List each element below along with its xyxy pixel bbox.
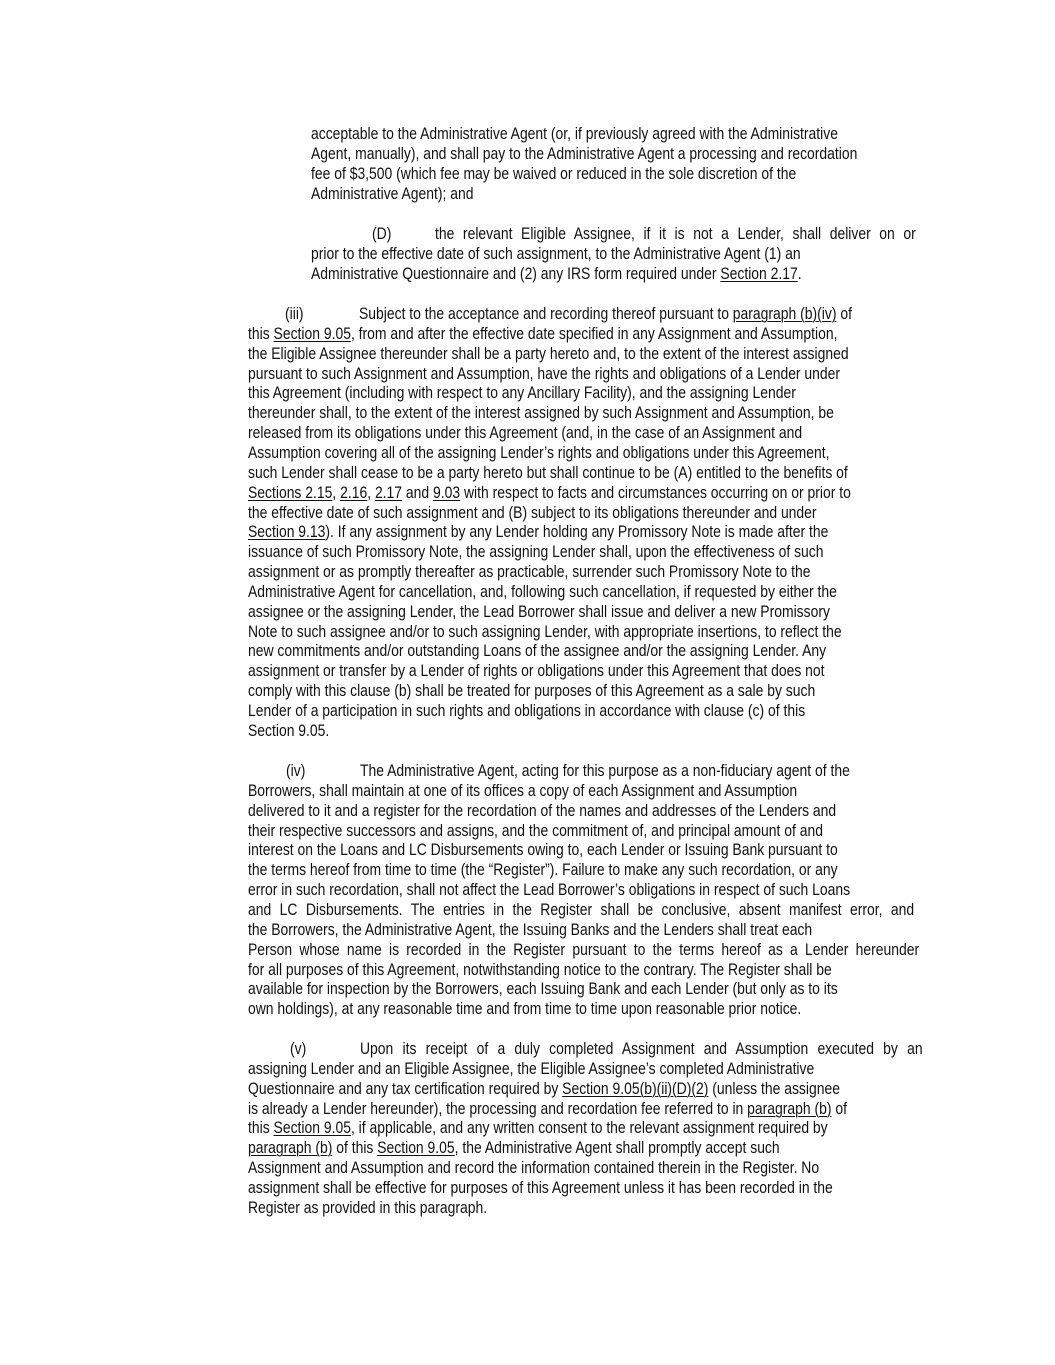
text-run: their respective successors and assigns,… xyxy=(248,822,823,840)
text-line: paragraph (b) of this Section 9.05, the … xyxy=(248,1138,780,1158)
text-run: pursuant to such Assignment and Assumpti… xyxy=(248,365,840,383)
text-run: assigning Lender and an Eligible Assigne… xyxy=(248,1060,814,1078)
text-run: issuance of such Promissory Note, the as… xyxy=(248,543,823,561)
text-run: the Borrowers, the Administrative Agent,… xyxy=(248,921,812,939)
text-line: Person whose name is recorded in the Reg… xyxy=(248,940,919,960)
text-line: new commitments and/or outstanding Loans… xyxy=(248,641,826,661)
text-line: thereunder shall, to the extent of the i… xyxy=(248,403,834,423)
text-run: of xyxy=(836,305,851,323)
text-run: released from its obligations under this… xyxy=(248,424,802,442)
text-run: Administrative Agent); and xyxy=(311,185,474,203)
text-line: is already a Lender hereunder), the proc… xyxy=(248,1099,847,1119)
cross-reference-link: Section 9.05 xyxy=(274,1119,351,1137)
text-run: , from and after the effective date spec… xyxy=(351,325,838,343)
text-line: acceptable to the Administrative Agent (… xyxy=(311,124,838,144)
text-line: Administrative Agent); and xyxy=(311,184,474,204)
text-line: Administrative Questionnaire and (2) any… xyxy=(311,264,802,284)
text-line: assignee or the assigning Lender, the Le… xyxy=(248,602,830,622)
text-run: the Eligible Assignee thereunder shall b… xyxy=(248,345,849,363)
text-run: of this xyxy=(332,1139,377,1157)
text-line: Administrative Agent for cancellation, a… xyxy=(248,582,837,602)
text-run: , if applicable, and any written consent… xyxy=(351,1119,828,1137)
text-run: Note to such assignee and/or to such ass… xyxy=(248,623,842,641)
text-run: , xyxy=(332,484,340,502)
text-line: available for inspection by the Borrower… xyxy=(248,979,838,999)
cross-reference-link: paragraph (b)(iv) xyxy=(733,305,837,323)
text-run: , xyxy=(367,484,375,502)
text-run: the terms hereof from time to time (the … xyxy=(248,861,838,879)
text-run: own holdings), at any reasonable time an… xyxy=(248,1000,801,1018)
text-run: such Lender shall cease to be a party he… xyxy=(248,464,848,482)
text-line: fee of $3,500 (which fee may be waived o… xyxy=(311,164,796,184)
text-run: available for inspection by the Borrower… xyxy=(248,980,838,998)
text-line: released from its obligations under this… xyxy=(248,423,802,443)
text-run: Assignment and Assumption and record the… xyxy=(248,1159,819,1177)
cross-reference-link: Section 9.05 xyxy=(377,1139,454,1157)
text-run: Administrative Questionnaire and (2) any… xyxy=(311,265,720,283)
clause-label: (iv) xyxy=(286,761,305,781)
cross-reference-link: Section 9.05 xyxy=(274,325,351,343)
cross-reference-link: paragraph (b) xyxy=(747,1100,831,1118)
text-run: The Administrative Agent, acting for thi… xyxy=(360,762,850,780)
text-line: for all purposes of this Agreement, notw… xyxy=(248,960,832,980)
text-run: this Agreement (including with respect t… xyxy=(248,384,796,402)
text-line: interest on the Loans and LC Disbursemen… xyxy=(248,840,838,860)
text-line: prior to the effective date of such assi… xyxy=(311,244,801,264)
text-line: this Section 9.05, from and after the ef… xyxy=(248,324,837,344)
text-line: the relevant Eligible Assignee, if it is… xyxy=(435,224,916,244)
text-line: comply with this clause (b) shall be tre… xyxy=(248,681,815,701)
text-line: Upon its receipt of a duly completed Ass… xyxy=(360,1039,923,1059)
text-run: this xyxy=(248,325,274,343)
text-run: Administrative Agent for cancellation, a… xyxy=(248,583,837,601)
text-run: assignment or transfer by a Lender of ri… xyxy=(248,662,825,680)
cross-reference-link: 2.16 xyxy=(340,484,367,502)
text-line: Subject to the acceptance and recording … xyxy=(359,304,852,324)
text-run: prior to the effective date of such assi… xyxy=(311,245,801,263)
text-line: Note to such assignee and/or to such ass… xyxy=(248,622,842,642)
text-run: and LC Disbursements. The entries in the… xyxy=(248,901,914,919)
text-run: error in such recordation, shall not aff… xyxy=(248,881,850,899)
text-line: Borrowers, shall maintain at one of its … xyxy=(248,781,797,801)
cross-reference-link: Section 9.05(b)(ii)(D)(2) xyxy=(562,1080,708,1098)
text-line: Register as provided in this paragraph. xyxy=(248,1198,487,1218)
text-run: new commitments and/or outstanding Loans… xyxy=(248,642,826,660)
text-line: pursuant to such Assignment and Assumpti… xyxy=(248,364,840,384)
cross-reference-link: 2.17 xyxy=(375,484,402,502)
text-run: Lender of a participation in such rights… xyxy=(248,702,805,720)
text-run: Register as provided in this paragraph. xyxy=(248,1199,487,1217)
text-run: assignment shall be effective for purpos… xyxy=(248,1179,833,1197)
text-run: Questionnaire and any tax certification … xyxy=(248,1080,562,1098)
text-line: assignment or as promptly thereafter as … xyxy=(248,562,811,582)
text-line: Agent, manually), and shall pay to the A… xyxy=(311,144,857,164)
text-run: thereunder shall, to the extent of the i… xyxy=(248,404,834,422)
text-run: with respect to facts and circumstances … xyxy=(460,484,851,502)
text-line: Lender of a participation in such rights… xyxy=(248,701,805,721)
text-line: Section 9.05. xyxy=(248,721,329,741)
text-run: (unless the assignee xyxy=(708,1080,840,1098)
text-line: their respective successors and assigns,… xyxy=(248,821,823,841)
clause-label: (iii) xyxy=(285,304,304,324)
text-line: such Lender shall cease to be a party he… xyxy=(248,463,848,483)
text-line: the Eligible Assignee thereunder shall b… xyxy=(248,344,849,364)
text-run: interest on the Loans and LC Disbursemen… xyxy=(248,841,838,859)
cross-reference-link: Sections 2.15 xyxy=(248,484,332,502)
text-run: , the Administrative Agent shall promptl… xyxy=(455,1139,780,1157)
text-line: the Borrowers, the Administrative Agent,… xyxy=(248,920,812,940)
cross-reference-link: Section 9.13 xyxy=(248,523,325,541)
text-line: error in such recordation, shall not aff… xyxy=(248,880,850,900)
text-run: Subject to the acceptance and recording … xyxy=(359,305,733,323)
cross-reference-link: paragraph (b) xyxy=(248,1139,332,1157)
text-line: the terms hereof from time to time (the … xyxy=(248,860,838,880)
text-run: and xyxy=(402,484,433,502)
text-run: of xyxy=(832,1100,847,1118)
text-line: Assignment and Assumption and record the… xyxy=(248,1158,819,1178)
text-run: fee of $3,500 (which fee may be waived o… xyxy=(311,165,796,183)
cross-reference-link: 9.03 xyxy=(433,484,460,502)
text-line: own holdings), at any reasonable time an… xyxy=(248,999,801,1019)
text-run: acceptable to the Administrative Agent (… xyxy=(311,125,838,143)
text-line: assignment or transfer by a Lender of ri… xyxy=(248,661,825,681)
text-run: Upon its receipt of a duly completed Ass… xyxy=(360,1040,923,1058)
text-run: . xyxy=(798,265,802,283)
text-run: Assumption covering all of the assigning… xyxy=(248,444,829,462)
text-run: for all purposes of this Agreement, notw… xyxy=(248,961,832,979)
document-page: acceptable to the Administrative Agent (… xyxy=(0,0,1055,1365)
text-line: Sections 2.15, 2.16, 2.17 and 9.03 with … xyxy=(248,483,851,503)
text-line: Section 9.13). If any assignment by any … xyxy=(248,522,828,542)
text-run: assignment or as promptly thereafter as … xyxy=(248,563,811,581)
text-run: ). If any assignment by any Lender holdi… xyxy=(325,523,828,541)
text-line: the effective date of such assignment an… xyxy=(248,503,817,523)
text-run: the relevant Eligible Assignee, if it is… xyxy=(435,225,916,243)
text-line: Assumption covering all of the assigning… xyxy=(248,443,829,463)
text-line: delivered to it and a register for the r… xyxy=(248,801,836,821)
text-line: issuance of such Promissory Note, the as… xyxy=(248,542,823,562)
text-line: assigning Lender and an Eligible Assigne… xyxy=(248,1059,814,1079)
text-run: this xyxy=(248,1119,274,1137)
text-run: Agent, manually), and shall pay to the A… xyxy=(311,145,857,163)
text-line: this Section 9.05, if applicable, and an… xyxy=(248,1118,828,1138)
text-line: assignment shall be effective for purpos… xyxy=(248,1178,833,1198)
clause-label: (D) xyxy=(372,224,391,244)
text-run: Borrowers, shall maintain at one of its … xyxy=(248,782,797,800)
text-line: Questionnaire and any tax certification … xyxy=(248,1079,840,1099)
text-run: assignee or the assigning Lender, the Le… xyxy=(248,603,830,621)
text-run: Person whose name is recorded in the Reg… xyxy=(248,941,919,959)
text-run: Section 9.05. xyxy=(248,722,329,740)
text-run: delivered to it and a register for the r… xyxy=(248,802,836,820)
text-line: The Administrative Agent, acting for thi… xyxy=(360,761,850,781)
text-run: the effective date of such assignment an… xyxy=(248,504,817,522)
text-run: comply with this clause (b) shall be tre… xyxy=(248,682,815,700)
text-run: is already a Lender hereunder), the proc… xyxy=(248,1100,747,1118)
clause-label: (v) xyxy=(290,1039,306,1059)
text-line: this Agreement (including with respect t… xyxy=(248,383,796,403)
cross-reference-link: Section 2.17 xyxy=(720,265,797,283)
text-line: and LC Disbursements. The entries in the… xyxy=(248,900,914,920)
